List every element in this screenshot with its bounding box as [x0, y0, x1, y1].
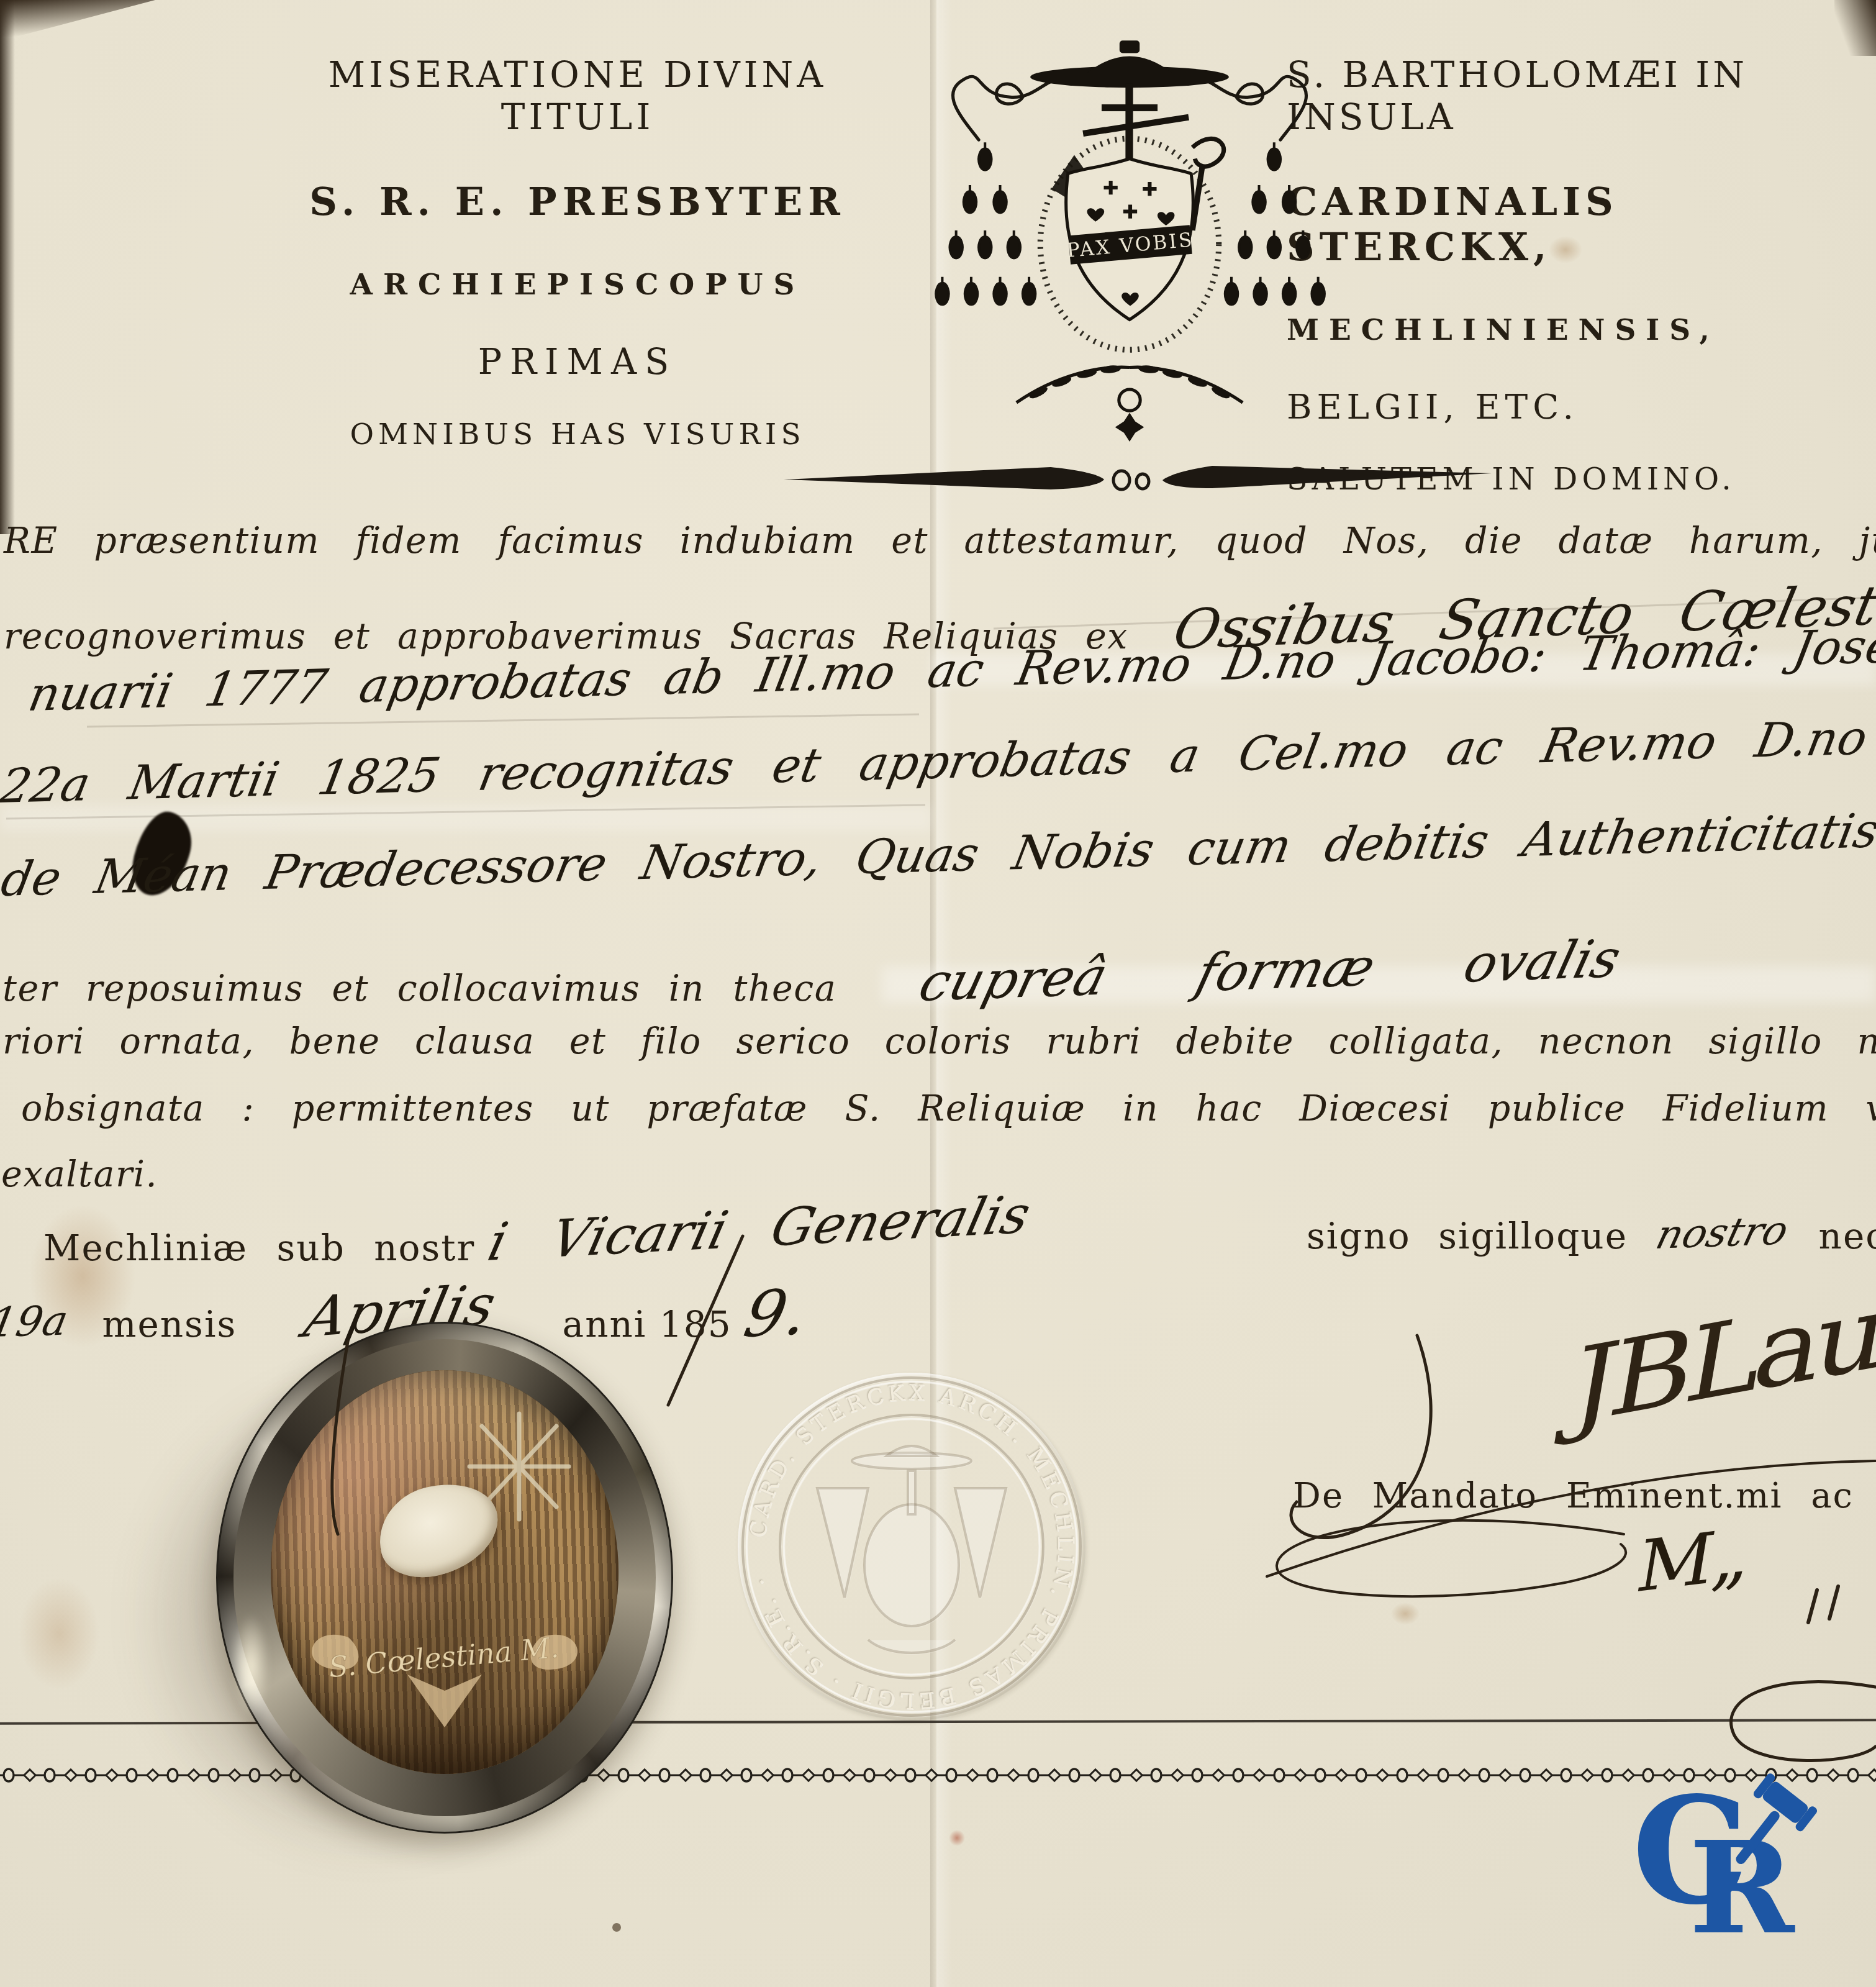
speck — [612, 1923, 621, 1932]
dateline-printed: signo sigilloque — [1307, 1215, 1628, 1257]
dateline-printed: necn — [1819, 1215, 1876, 1257]
stain — [19, 1578, 99, 1689]
reliquary-banner: S. Cœlestina M. — [289, 1600, 600, 1755]
cr-watermark: C R — [1632, 1778, 1876, 1987]
dateline-right: signo sigilloque nostro necn — [1307, 1215, 1876, 1257]
header-line: BELGII, ETC. — [1287, 387, 1876, 427]
signature: JBLau — [1564, 1276, 1876, 1443]
body-line: obsignata : permittentes ut præfatæ S. R… — [21, 1091, 1876, 1128]
mandato-line: De Mandato Eminent.mi ac Re — [1293, 1478, 1876, 1515]
rim-highlight — [232, 1614, 270, 1719]
header-right-block: S. BARTHOLOMÆI IN INSULA CARDINALIS STER… — [1287, 53, 1876, 497]
dateline-printed: Mechliniæ sub nostr — [43, 1227, 475, 1269]
paper-corner-shadow — [1834, 0, 1876, 56]
paper-edge-shadow — [0, 0, 15, 534]
paper-corner-shadow — [0, 0, 155, 41]
body-line: ter reposuimus et collocavimus in theca … — [2, 955, 1606, 1010]
header-line: S. BARTHOLOMÆI IN INSULA — [1287, 53, 1876, 138]
header-line: OMNIBUS HAS VISURIS — [261, 417, 894, 452]
header-line: MISERATIONE DIVINA TITULI — [261, 53, 894, 138]
body-line-printed: ter reposuimus et collocavimus in theca — [2, 968, 836, 1009]
embossed-seal-art: CARD. STERCKX ARCH. MECHLIN. PRIMAS BELG… — [713, 1348, 1110, 1745]
reliquary-glass: S. Cœlestina M. — [271, 1370, 619, 1774]
cardinal-coat-of-arms: PAX VOBIS — [922, 22, 1337, 451]
mandato-initial: M„ — [1632, 1517, 1759, 1606]
body-line: riori ornata, bene clausa et filo serico… — [2, 1024, 1876, 1061]
header-line: PRIMAS — [261, 342, 894, 383]
reliquary-locket: S. Cœlestina M. — [216, 1322, 673, 1834]
dateline-handwritten: nostro — [1652, 1211, 1792, 1257]
body-line: exaltari. — [1, 1157, 158, 1194]
gavel-icon — [1725, 1769, 1862, 1887]
stain — [949, 1830, 965, 1846]
relic-certificate-photo: MISERATIONE DIVINA TITULI S. R. E. PRESB… — [0, 0, 1876, 1987]
header-line: MECHLINIENSIS, — [1287, 313, 1876, 347]
reliquary-label: S. Cœlestina M. — [327, 1630, 560, 1684]
dateline-place: Mechliniæ sub nostr i Vicarii Generalis — [43, 1215, 1015, 1270]
header-left-block: MISERATIONE DIVINA TITULI S. R. E. PRESB… — [261, 53, 894, 452]
stain — [1391, 1603, 1420, 1625]
day-handwritten: 19a — [0, 1299, 71, 1345]
body-line: RE præsentium fidem facimus indubiam et … — [4, 523, 1876, 560]
header-line: S. R. E. PRESBYTER — [261, 179, 894, 224]
header-line: CARDINALIS STERCKX, — [1287, 179, 1876, 270]
dateline-handwritten: i Vicarii Generalis — [483, 1187, 1035, 1270]
header-line: ARCHIEPISCOPUS — [261, 268, 894, 302]
ornamental-divider — [784, 461, 1492, 497]
year-handwritten: 9. — [739, 1279, 813, 1348]
body-line-handwritten: cupreâ formæ ovalis — [914, 931, 1626, 1010]
